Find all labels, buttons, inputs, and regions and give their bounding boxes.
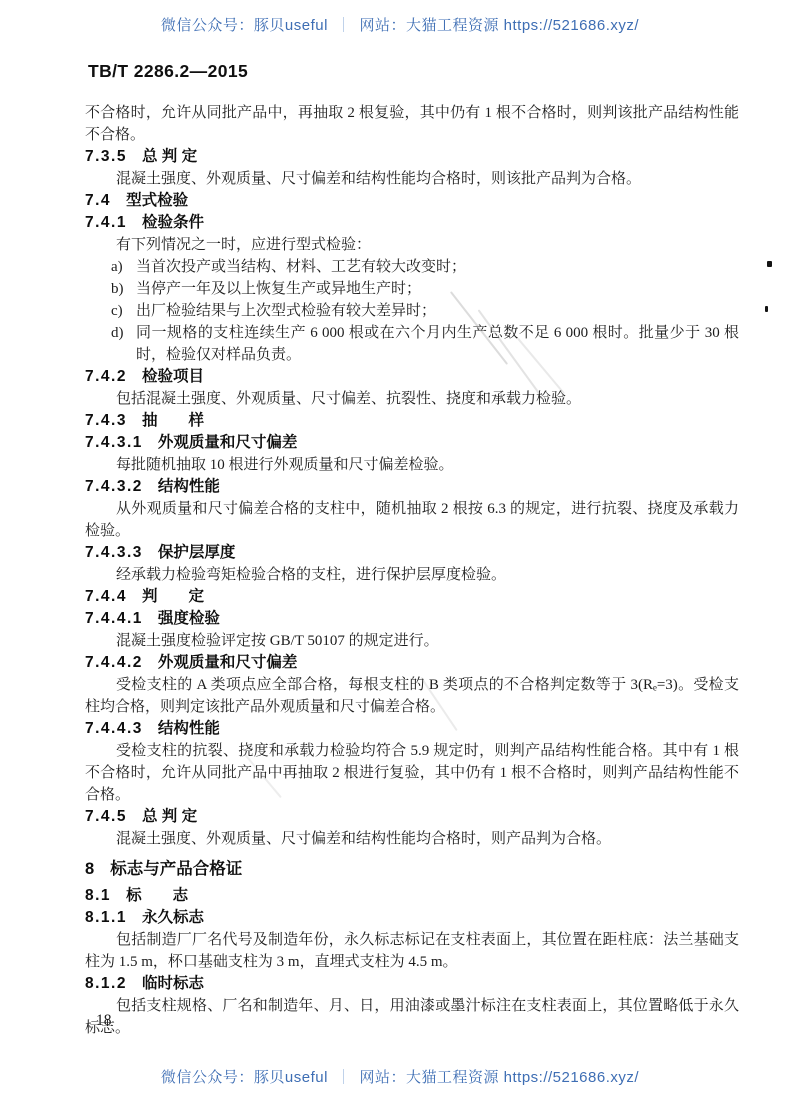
watermark-bottom: 微信公众号：豚贝useful｜网站：大猫工程资源 https://521686.… [0,1066,800,1087]
paragraph: 受检支柱的抗裂、挠度和承载力检验均符合 5.9 规定时，则判产品结构性能合格。其… [85,740,739,806]
section-number: 7.4.3.1 [85,434,143,451]
chapter-title: 标志与产品合格证 [110,860,242,878]
section-heading-7-4-4: 7.4.4判 定 [85,586,739,608]
section-heading-8-1-1: 8.1.1永久标志 [85,907,739,929]
watermark-separator: ｜ [328,17,360,34]
section-number: 7.4 [85,192,111,209]
section-title: 总 判 定 [142,808,197,825]
list-item-label: c) [111,300,123,322]
section-heading-7-4-5: 7.4.5总 判 定 [85,806,739,828]
section-heading-7-4: 7.4型式检验 [85,190,739,212]
section-heading-7-3-5: 7.3.5总 判 定 [85,146,739,168]
list-item-text: 出厂检验结果与上次型式检验有较大差异时； [136,303,436,319]
section-title: 标 志 [126,887,188,904]
section-title: 保护层厚度 [158,544,236,561]
doc-number: TB/T 2286.2—2015 [88,61,248,82]
watermark-separator: ｜ [328,1069,360,1086]
section-title: 外观质量和尺寸偏差 [158,434,298,451]
section-number: 7.4.4 [85,588,127,605]
paragraph: 包括制造厂厂名代号及制造年份，永久标志标记在支柱表面上，其位置在距柱底：法兰基础… [85,929,739,973]
paragraph: 包括支柱规格、厂名和制造年、月、日，用油漆或墨汁标注在支柱表面上，其位置略低于永… [85,995,739,1039]
chapter-number: 8 [85,860,94,878]
page-number: 18 [96,1012,112,1030]
section-number: 7.4.4.3 [85,720,143,737]
section-heading-7-4-4-3: 7.4.4.3结构性能 [85,718,739,740]
list-item-a: a)当首次投产或当结构、材料、工艺有较大改变时； [85,256,739,278]
section-heading-7-4-4-1: 7.4.4.1强度检验 [85,608,739,630]
watermark-site: 网站：大猫工程资源 https://521686.xyz/ [359,1069,639,1086]
section-number: 7.4.3.3 [85,544,143,561]
section-title: 临时标志 [142,975,204,992]
section-title: 检验条件 [142,214,204,231]
list-item-text: 当停产一年及以上恢复生产或异地生产时； [136,281,421,297]
list-item-text: 同一规格的支柱连续生产 6 000 根或在六个月内生产总数不足 6 000 根时… [136,325,739,363]
document-body: 不合格时，允许从同批产品中，再抽取 2 根复验，其中仍有 1 根不合格时，则判该… [85,102,739,1039]
section-number: 7.4.3.2 [85,478,143,495]
scanned-document-page: 微信公众号：豚贝useful｜网站：大猫工程资源 https://521686.… [0,0,800,1120]
section-number: 7.4.4.1 [85,610,143,627]
paragraph: 包括混凝土强度、外观质量、尺寸偏差、抗裂性、挠度和承载力检验。 [85,388,739,410]
section-title: 结构性能 [158,720,220,737]
section-number: 7.4.3 [85,412,127,429]
section-title: 型式检验 [126,192,188,209]
paragraph: 不合格时，允许从同批产品中，再抽取 2 根复验，其中仍有 1 根不合格时，则判该… [85,102,739,146]
section-title: 检验项目 [142,368,204,385]
section-heading-7-4-3: 7.4.3抽 样 [85,410,739,432]
list-item-d: d)同一规格的支柱连续生产 6 000 根或在六个月内生产总数不足 6 000 … [85,322,739,366]
scan-speck [765,306,768,312]
watermark-site: 网站：大猫工程资源 https://521686.xyz/ [359,17,639,34]
section-title: 抽 样 [142,412,204,429]
section-number: 8.1.1 [85,909,127,926]
scan-speck [767,261,772,267]
section-number: 8.1 [85,887,111,904]
section-heading-7-4-3-1: 7.4.3.1外观质量和尺寸偏差 [85,432,739,454]
paragraph: 混凝土强度、外观质量、尺寸偏差和结构性能均合格时，则该批产品判为合格。 [85,168,739,190]
paragraph: 从外观质量和尺寸偏差合格的支柱中，随机抽取 2 根按 6.3 的规定，进行抗裂、… [85,498,739,542]
section-title: 永久标志 [142,909,204,926]
section-heading-7-4-2: 7.4.2检验项目 [85,366,739,388]
section-title: 总 判 定 [142,148,197,165]
section-title: 结构性能 [158,478,220,495]
section-heading-7-4-3-2: 7.4.3.2结构性能 [85,476,739,498]
section-number: 7.4.5 [85,808,127,825]
paragraph: 有下列情况之一时，应进行型式检验： [85,234,739,256]
list-item-label: b) [111,278,124,300]
list-item-b: b)当停产一年及以上恢复生产或异地生产时； [85,278,739,300]
paragraph: 每批随机抽取 10 根进行外观质量和尺寸偏差检验。 [85,454,739,476]
section-number: 7.4.1 [85,214,127,231]
chapter-heading-8: 8标志与产品合格证 [85,858,739,880]
section-heading-7-4-1: 7.4.1检验条件 [85,212,739,234]
list-item-text: 当首次投产或当结构、材料、工艺有较大改变时； [136,259,466,275]
watermark-top: 微信公众号：豚贝useful｜网站：大猫工程资源 https://521686.… [0,14,800,35]
watermark-wechat: 微信公众号：豚贝useful [161,17,328,34]
paragraph: 混凝土强度检验评定按 GB/T 50107 的规定进行。 [85,630,739,652]
section-number: 8.1.2 [85,975,127,992]
section-heading-7-4-4-2: 7.4.4.2外观质量和尺寸偏差 [85,652,739,674]
list-item-c: c)出厂检验结果与上次型式检验有较大差异时； [85,300,739,322]
section-title: 强度检验 [158,610,220,627]
section-title: 判 定 [142,588,204,605]
section-number: 7.3.5 [85,148,127,165]
paragraph: 经承载力检验弯矩检验合格的支柱，进行保护层厚度检验。 [85,564,739,586]
watermark-wechat: 微信公众号：豚贝useful [161,1069,328,1086]
list-item-label: a) [111,256,123,278]
paragraph: 受检支柱的 A 类项点应全部合格，每根支柱的 B 类项点的不合格判定数等于 3(… [85,674,739,718]
section-heading-7-4-3-3: 7.4.3.3保护层厚度 [85,542,739,564]
section-number: 7.4.4.2 [85,654,143,671]
section-number: 7.4.2 [85,368,127,385]
paragraph: 混凝土强度、外观质量、尺寸偏差和结构性能均合格时，则产品判为合格。 [85,828,739,850]
section-title: 外观质量和尺寸偏差 [158,654,298,671]
section-heading-8-1-2: 8.1.2临时标志 [85,973,739,995]
list-item-label: d) [111,322,124,344]
section-heading-8-1: 8.1标 志 [85,885,739,907]
